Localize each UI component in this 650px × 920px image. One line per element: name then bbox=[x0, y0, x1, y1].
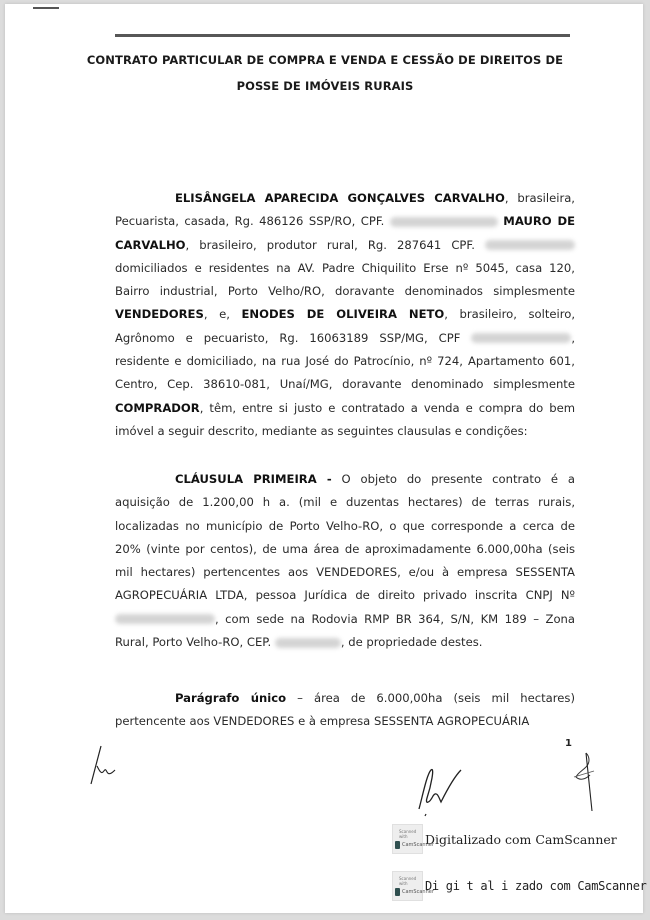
document-page: CONTRATO PARTICULAR DE COMPRA E VENDA E … bbox=[5, 4, 643, 913]
camscanner-text-1: Digitalizado com CamScanner bbox=[425, 832, 617, 847]
seller2-details: , brasileiro, produtor rural, Rg. 287641… bbox=[186, 238, 485, 252]
clause-1-text-c: , de propriedade destes. bbox=[341, 635, 483, 649]
preamble-paragraph: ELISÂNGELA APARECIDA GONÇALVES CARVALHO,… bbox=[115, 187, 575, 443]
header-rule bbox=[115, 34, 570, 37]
conjunction: , e, bbox=[204, 307, 242, 321]
sellers-address: domiciliados e residentes na AV. Padre C… bbox=[115, 261, 575, 298]
paragraph-unico-label: Parágrafo único bbox=[175, 691, 286, 705]
logo-small-text: Scanned with bbox=[399, 829, 422, 839]
seller1-name: ELISÂNGELA APARECIDA GONÇALVES CARVALHO bbox=[175, 191, 505, 205]
redacted-cpf-2 bbox=[485, 240, 575, 250]
paragraph-unico: Parágrafo único – área de 6.000,00ha (se… bbox=[115, 687, 575, 734]
signature-2-icon bbox=[409, 764, 469, 819]
logo-brand-text: CamScanner bbox=[402, 889, 434, 895]
signature-1-icon bbox=[87, 744, 127, 789]
camscanner-watermark-1: Scanned with CamScanner Digitalizado com… bbox=[392, 824, 617, 854]
redacted-cpf-1 bbox=[390, 217, 498, 227]
document-title: CONTRATO PARTICULAR DE COMPRA E VENDA E … bbox=[65, 47, 585, 99]
scan-mark bbox=[33, 7, 59, 9]
camera-icon bbox=[395, 888, 400, 896]
clause-1-text-a: O objeto do presente contrato é a aquisi… bbox=[115, 472, 575, 602]
redacted-cep bbox=[275, 638, 341, 648]
sellers-label: VENDEDORES bbox=[115, 307, 204, 321]
page-number: 1 bbox=[565, 738, 572, 749]
title-line-1: CONTRATO PARTICULAR DE COMPRA E VENDA E … bbox=[65, 47, 585, 73]
redacted-cnpj bbox=[115, 614, 215, 624]
camscanner-text-2: Di gi t al i zado com CamScanner bbox=[425, 879, 647, 893]
camscanner-watermark-2: Scanned with CamScanner Di gi t al i zad… bbox=[392, 871, 647, 901]
title-line-2: POSSE DE IMÓVEIS RURAIS bbox=[65, 73, 585, 99]
camscanner-logo-icon: Scanned with CamScanner bbox=[392, 824, 423, 854]
redacted-cpf-3 bbox=[471, 333, 571, 343]
clause-1-paragraph: CLÁUSULA PRIMEIRA - O objeto do presente… bbox=[115, 468, 575, 654]
camscanner-logo-icon: Scanned with CamScanner bbox=[392, 871, 423, 901]
clause-1-label: CLÁUSULA PRIMEIRA - bbox=[175, 472, 332, 486]
logo-brand-text: CamScanner bbox=[402, 842, 434, 848]
buyer-name: ENODES DE OLIVEIRA NETO bbox=[242, 307, 445, 321]
buyer-label: COMPRADOR bbox=[115, 401, 200, 415]
camera-icon bbox=[395, 841, 400, 849]
signature-3-icon bbox=[570, 749, 600, 819]
logo-small-text: Scanned with bbox=[399, 876, 422, 886]
